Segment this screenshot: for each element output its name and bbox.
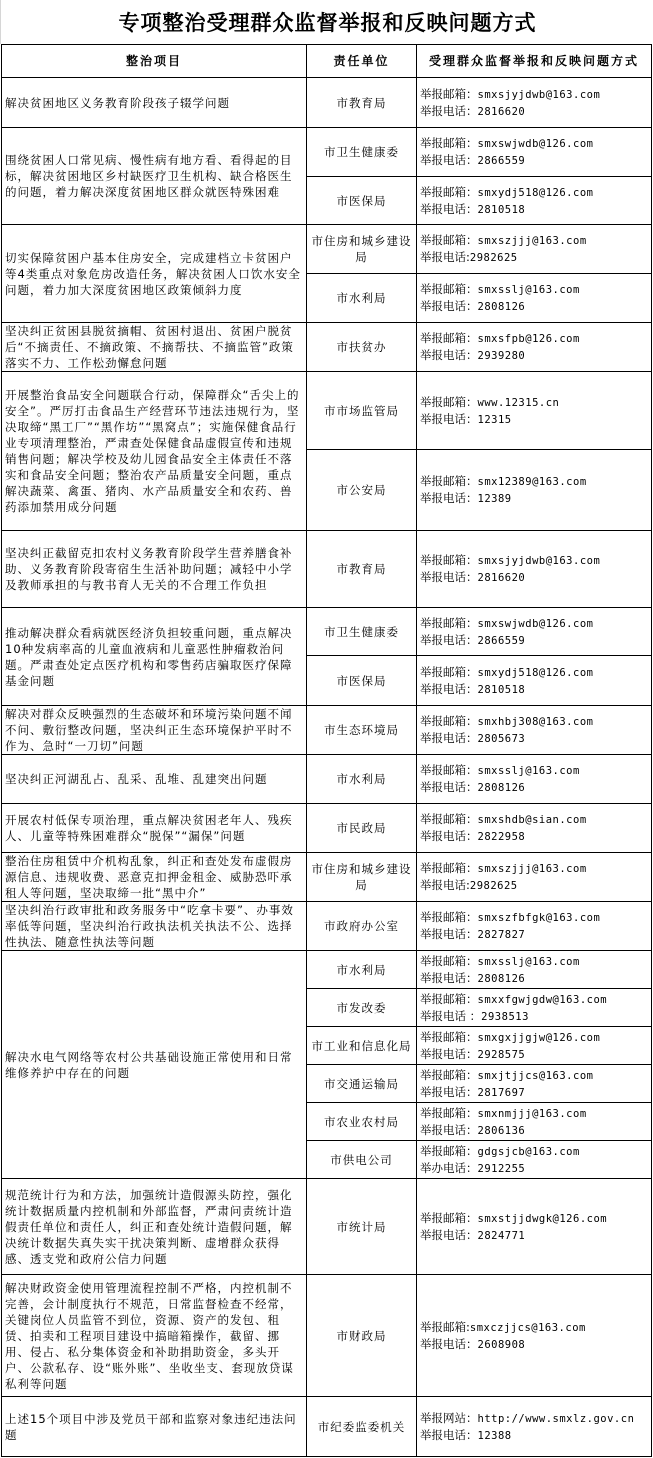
email-label: 举报邮箱： (420, 1144, 478, 1158)
responsible-unit: 市卫生健康委 (307, 128, 417, 177)
phone-value: 2912255 (478, 1163, 526, 1175)
phone-label: 举报电话： (420, 299, 478, 313)
contact-phone-line: 举报电话：2808126 (420, 970, 648, 987)
phone-value: 2817697 (478, 1087, 526, 1099)
responsible-unit: 市扶贫办 (307, 323, 417, 372)
phone-label: 举报电话： (420, 1047, 478, 1061)
responsible-unit: 市发改委 (307, 989, 417, 1027)
email-label: 举报邮箱： (420, 954, 478, 968)
phone-value: 2810518 (478, 204, 526, 216)
item-description: 解决贫困地区义务教育阶段孩子辍学问题 (2, 78, 307, 128)
header-item: 整治项目 (2, 45, 307, 78)
item-description: 坚决纠正河湖乱占、乱采、乱堆、乱建突出问题 (2, 755, 307, 804)
phone-value: 2866559 (478, 635, 526, 647)
phone-label: 举报电话： (420, 570, 478, 584)
email-label: 举报邮箱： (420, 395, 478, 409)
email-value[interactable]: smxjtjjcs@163.com (478, 1070, 594, 1082)
table-row: 坚决纠正截留克扣农村义务教育阶段学生营养膳食补助、义务教育阶段寄宿生生活补助问题… (2, 531, 652, 608)
contact-info: 举报邮箱:smxczjjcs@163.com举报电话：2608908 (417, 1275, 652, 1397)
table-row: 坚决纠正贫困县脱贫摘帽、贫困村退出、贫困户脱贫后“不摘责任、不摘政策、不摘帮扶、… (2, 323, 652, 372)
phone-value: 2808126 (478, 782, 526, 794)
table-row: 切实保障贫困户基本住房安全，完成建档立卡贫困户等4类重点对象危房改造任务，解决贫… (2, 225, 652, 274)
phone-value: 2806136 (478, 1125, 526, 1137)
phone-value: 2982625 (470, 880, 518, 892)
email-label: 举报邮箱： (420, 331, 478, 345)
contact-email-line: 举报邮箱：smxsjyjdwb@163.com (420, 86, 648, 103)
item-description: 开展整治食品安全问题联合行动，保障群众“舌尖上的安全”。严厉打击食品生产经营环节… (2, 372, 307, 531)
phone-label: 举报电话： (420, 780, 478, 794)
phone-label: 举报电话： (420, 927, 478, 941)
table-row: 坚决纠治行政审批和政务服务中“吃拿卡要”、办事效率低等问题，坚决纠治行政执法机关… (2, 902, 652, 951)
contact-info: 举报邮箱：smxydj518@126.com举报电话：2810518 (417, 656, 652, 706)
email-value[interactable]: smxsslj@163.com (478, 765, 580, 777)
email-label: 举报邮箱： (420, 1068, 478, 1082)
phone-label: 举报电话 ： (420, 1009, 481, 1023)
phone-label: 举报电话： (420, 1428, 478, 1442)
table-header-row: 整治项目 责任单位 受理群众监督举报和反映问题方式 (2, 45, 652, 78)
table-row: 规范统计行为和方法，加强统计造假源头防控，强化统计数据质量内控机制和外部监督，严… (2, 1179, 652, 1275)
phone-label: 举报电话： (420, 731, 478, 745)
responsible-unit: 市医保局 (307, 177, 417, 225)
phone-label: 举报电话： (420, 202, 478, 216)
table-row: 开展整治食品安全问题联合行动，保障群众“舌尖上的安全”。严厉打击食品生产经营环节… (2, 372, 652, 450)
header-unit: 责任单位 (307, 45, 417, 78)
title-area: 专项整治受理群众监督举报和反映问题方式 (0, 0, 653, 44)
email-label: 举报邮箱： (420, 665, 478, 679)
item-description: 切实保障贫困户基本住房安全，完成建档立卡贫困户等4类重点对象危房改造任务，解决贫… (2, 225, 307, 323)
item-description: 上述15个项目中涉及党员干部和监察对象违纪违法问题 (2, 1397, 307, 1457)
table-row: 围绕贫困人口常见病、慢性病有地方看、看得起的目标，解决贫困地区乡村缺医疗卫生机构… (2, 128, 652, 177)
contact-email-line: 举报邮箱：smxsslj@163.com (420, 762, 648, 779)
email-label: 举报邮箱： (420, 1106, 478, 1120)
item-description: 开展农村低保专项治理，重点解决贫困老年人、残疾人、儿童等特殊困难群众“脱保”“漏… (2, 804, 307, 853)
phone-value: 2810518 (478, 684, 526, 696)
contact-info: 举报邮箱：smxhbj308@163.com举报电话：2805673 (417, 706, 652, 755)
item-description: 坚决纠治行政审批和政务服务中“吃拿卡要”、办事效率低等问题，坚决纠治行政执法机关… (2, 902, 307, 951)
contact-info: 举报邮箱：smxszjjj@163.com举报电话:2982625 (417, 225, 652, 274)
contact-email-line: 举报邮箱：smxszfbfgk@163.com (420, 909, 648, 926)
email-value[interactable]: gdgsjcb@163.com (478, 1146, 580, 1158)
email-value[interactable]: smxswjwdb@126.com (478, 138, 594, 150)
email-value[interactable]: smxszjjj@163.com (478, 235, 587, 247)
responsible-unit: 市医保局 (307, 656, 417, 706)
contact-phone-line: 举报电话：2816620 (420, 569, 648, 586)
item-description: 解决财政资金使用管理流程控制不严格，内控机制不完善，会计制度执行不规范，日常监督… (2, 1275, 307, 1397)
contact-email-line: 举报邮箱：smxszjjj@163.com (420, 232, 648, 249)
phone-value: 2939280 (478, 350, 526, 362)
email-label: 举报邮箱： (420, 282, 478, 296)
contact-email-line: 举报邮箱：gdgsjcb@163.com (420, 1143, 648, 1160)
responsible-unit: 市交通运输局 (307, 1065, 417, 1103)
email-label: 举报邮箱： (420, 1211, 478, 1225)
email-value[interactable]: smxsslj@163.com (478, 284, 580, 296)
phone-value: 2827827 (478, 929, 526, 941)
phone-label: 举办电话： (420, 1161, 478, 1175)
responsible-unit: 市教育局 (307, 531, 417, 608)
contact-phone-line: 举报电话：2866559 (420, 632, 648, 649)
responsible-unit: 市统计局 (307, 1179, 417, 1275)
phone-value: 2866559 (478, 155, 526, 167)
item-description: 规范统计行为和方法，加强统计造假源头防控，强化统计数据质量内控机制和外部监督，严… (2, 1179, 307, 1275)
contact-phone-line: 举报电话：2816620 (420, 103, 648, 120)
contact-phone-line: 举报电话：2939280 (420, 347, 648, 364)
email-value[interactable]: http://www.smxlz.gov.cn (478, 1413, 635, 1425)
contact-info: 举报邮箱：smxstjjdwgk@126.com举报电话：2824771 (417, 1179, 652, 1275)
contact-email-line: 举报邮箱：smxydj518@126.com (420, 664, 648, 681)
phone-label: 举报电话： (420, 971, 478, 985)
phone-label: 举报电话： (420, 412, 478, 426)
email-label: 举报邮箱： (420, 714, 478, 728)
email-value[interactable]: smxhbj308@163.com (478, 716, 594, 728)
phone-value: 2928575 (478, 1049, 526, 1061)
contact-info: 举报邮箱：smxshdb@sian.com举报电话：2822958 (417, 804, 652, 853)
contact-phone-line: 举报电话:2982625 (420, 877, 648, 894)
contact-email-line: 举报邮箱：smxstjjdwgk@126.com (420, 1210, 648, 1227)
responsible-unit: 市工业和信息化局 (307, 1027, 417, 1065)
contact-email-line: 举报邮箱：smxsslj@163.com (420, 281, 648, 298)
phone-value: 2816620 (478, 572, 526, 584)
contact-email-line: 举报邮箱：smxhbj308@163.com (420, 713, 648, 730)
contact-email-line: 举报邮箱：smxydj518@126.com (420, 184, 648, 201)
contact-info: 举报邮箱：www.12315.cn举报电话：12315 (417, 372, 652, 450)
contact-phone-line: 举报电话：2817697 (420, 1084, 648, 1101)
email-value[interactable]: smxydj518@126.com (478, 667, 594, 679)
contact-info: 举报邮箱：smxswjwdb@126.com举报电话：2866559 (417, 608, 652, 656)
email-value[interactable]: smxszjjj@163.com (478, 863, 587, 875)
email-label: 举报邮箱： (420, 763, 478, 777)
item-description: 坚决纠正贫困县脱贫摘帽、贫困村退出、贫困户脱贫后“不摘责任、不摘政策、不摘帮扶、… (2, 323, 307, 372)
contact-info: 举报邮箱：smxszjjj@163.com举报电话:2982625 (417, 853, 652, 902)
table-body: 解决贫困地区义务教育阶段孩子辍学问题市教育局举报邮箱：smxsjyjdwb@16… (2, 78, 652, 1457)
contact-phone-line: 举报电话：2810518 (420, 201, 648, 218)
contact-email-line: 举报邮箱:smxczjjcs@163.com (420, 1319, 648, 1336)
contact-phone-line: 举报电话：2928575 (420, 1046, 648, 1063)
item-description: 坚决纠正截留克扣农村义务教育阶段学生营养膳食补助、义务教育阶段寄宿生生活补助问题… (2, 531, 307, 608)
contact-info: 举报邮箱：smxnmjjj@163.com举报电话：2806136 (417, 1103, 652, 1141)
phone-value: 2805673 (478, 733, 526, 745)
phone-value: 2824771 (478, 1230, 526, 1242)
phone-label: 举报电话： (420, 153, 478, 167)
contact-info: 举报邮箱：smxsjyjdwb@163.com举报电话：2816620 (417, 531, 652, 608)
contact-phone-line: 举报电话：2805673 (420, 730, 648, 747)
contact-phone-line: 举报电话：2806136 (420, 1122, 648, 1139)
contact-email-line: 举报邮箱：www.12315.cn (420, 394, 648, 411)
responsible-unit: 市水利局 (307, 755, 417, 804)
phone-label: 举报电话： (420, 491, 478, 505)
email-value[interactable]: smxnmjjj@163.com (478, 1108, 587, 1120)
contact-info: 举报网站：http://www.smxlz.gov.cn举报电话：12388 (417, 1397, 652, 1457)
contact-phone-line: 举报电话：2608908 (420, 1336, 648, 1353)
item-description: 围绕贫困人口常见病、慢性病有地方看、看得起的目标，解决贫困地区乡村缺医疗卫生机构… (2, 128, 307, 225)
email-value[interactable]: smxczjjcs@163.com (470, 1322, 586, 1334)
contact-info: 举报邮箱：smx12389@163.com举报电话：12389 (417, 450, 652, 531)
responsible-unit: 市卫生健康委 (307, 608, 417, 656)
responsible-unit: 市生态环境局 (307, 706, 417, 755)
contact-email-line: 举报邮箱：smxshdb@sian.com (420, 811, 648, 828)
contact-info: 举报邮箱：smxsslj@163.com举报电话：2808126 (417, 755, 652, 804)
contact-email-line: 举报邮箱：smxjtjjcs@163.com (420, 1067, 648, 1084)
contact-phone-line: 举报电话：2822958 (420, 828, 648, 845)
contact-phone-line: 举办电话：2912255 (420, 1160, 648, 1177)
responsible-unit: 市住房和城乡建设局 (307, 853, 417, 902)
email-label: 举报邮箱： (420, 861, 478, 875)
responsible-unit: 市住房和城乡建设局 (307, 225, 417, 274)
table-row: 坚决纠正河湖乱占、乱采、乱堆、乱建突出问题市水利局举报邮箱：smxsslj@16… (2, 755, 652, 804)
email-label: 举报网站： (420, 1411, 478, 1425)
item-description: 解决水电气网络等农村公共基础设施正常使用和日常维修养护中存在的问题 (2, 951, 307, 1179)
phone-value: 2982625 (470, 252, 518, 264)
email-label: 举报邮箱: (420, 1320, 470, 1334)
table-row: 开展农村低保专项治理，重点解决贫困老年人、残疾人、儿童等特殊困难群众“脱保”“漏… (2, 804, 652, 853)
email-value[interactable]: www.12315.cn (478, 397, 560, 409)
email-label: 举报邮箱： (420, 1030, 478, 1044)
responsible-unit: 市教育局 (307, 78, 417, 128)
contact-info: 举报邮箱：smxgxjjgjw@126.com举报电话：2928575 (417, 1027, 652, 1065)
contact-info: 举报邮箱：smxswjwdb@126.com举报电话：2866559 (417, 128, 652, 177)
item-description: 解决对群众反映强烈的生态破坏和环境污染问题不闻不问、敷衍整改问题，坚决纠正生态环… (2, 706, 307, 755)
email-value[interactable]: smxxfgwjgdw@163.com (478, 994, 608, 1006)
contact-email-line: 举报邮箱：smxgxjjgjw@126.com (420, 1029, 648, 1046)
page-title: 专项整治受理群众监督举报和反映问题方式 (1, 0, 653, 44)
email-value[interactable]: smxswjwdb@126.com (478, 618, 594, 630)
table-row: 推动解决群众看病就医经济负担较重问题，重点解决10种发病率高的儿童血液病和儿童恶… (2, 608, 652, 656)
email-label: 举报邮箱： (420, 474, 478, 488)
contact-phone-line: 举报电话：2827827 (420, 926, 648, 943)
contact-info: 举报邮箱：smxsfpb@126.com举报电话：2939280 (417, 323, 652, 372)
phone-value: 2816620 (478, 106, 526, 118)
email-value[interactable]: smx12389@163.com (478, 476, 587, 488)
email-label: 举报邮箱： (420, 812, 478, 826)
email-value[interactable]: smxszfbfgk@163.com (478, 912, 601, 924)
contact-phone-line: 举报电话:2982625 (420, 249, 648, 266)
email-label: 举报邮箱： (420, 87, 478, 101)
contact-email-line: 举报邮箱：smxswjwdb@126.com (420, 135, 648, 152)
table-row: 解决贫困地区义务教育阶段孩子辍学问题市教育局举报邮箱：smxsjyjdwb@16… (2, 78, 652, 128)
phone-value: 12388 (478, 1430, 512, 1442)
contact-phone-line: 举报电话：2808126 (420, 298, 648, 315)
email-value[interactable]: smxsfpb@126.com (478, 333, 580, 345)
contact-phone-line: 举报电话：2866559 (420, 152, 648, 169)
responsible-unit: 市水利局 (307, 951, 417, 989)
contact-phone-line: 举报电话：2810518 (420, 681, 648, 698)
phone-value: 2822958 (478, 831, 526, 843)
supervision-table: 整治项目 责任单位 受理群众监督举报和反映问题方式 解决贫困地区义务教育阶段孩子… (1, 44, 652, 1457)
responsible-unit: 市水利局 (307, 274, 417, 323)
responsible-unit: 市民政局 (307, 804, 417, 853)
contact-info: 举报邮箱：gdgsjcb@163.com举办电话：2912255 (417, 1141, 652, 1179)
contact-email-line: 举报邮箱：smxswjwdb@126.com (420, 615, 648, 632)
email-label: 举报邮箱： (420, 233, 478, 247)
contact-email-line: 举报邮箱：smxsfpb@126.com (420, 330, 648, 347)
email-label: 举报邮箱： (420, 992, 478, 1006)
phone-value: 2938513 (481, 1011, 529, 1023)
email-label: 举报邮箱： (420, 910, 478, 924)
phone-label: 举报电话： (420, 633, 478, 647)
phone-label: 举报电话： (420, 1123, 478, 1137)
phone-label: 举报电话： (420, 1228, 478, 1242)
responsible-unit: 市供电公司 (307, 1141, 417, 1179)
header-contact: 受理群众监督举报和反映问题方式 (417, 45, 652, 78)
responsible-unit: 市公安局 (307, 450, 417, 531)
email-value[interactable]: smxgxjjgjw@126.com (478, 1032, 601, 1044)
responsible-unit: 市财政局 (307, 1275, 417, 1397)
responsible-unit: 市政府办公室 (307, 902, 417, 951)
phone-value: 2608908 (478, 1339, 526, 1351)
email-value[interactable]: smxsjyjdwb@163.com (478, 555, 601, 567)
item-description: 整治住房租赁中介机构乱象，纠正和查处发布虚假房源信息、违规收费、恶意克扣押金租金… (2, 853, 307, 902)
contact-info: 举报邮箱：smxszfbfgk@163.com举报电话：2827827 (417, 902, 652, 951)
email-value[interactable]: smxstjjdwgk@126.com (478, 1213, 608, 1225)
contact-email-line: 举报邮箱：smxxfgwjgdw@163.com (420, 991, 648, 1008)
email-label: 举报邮箱： (420, 136, 478, 150)
responsible-unit: 市市场监管局 (307, 372, 417, 450)
phone-label: 举报电话: (420, 878, 470, 892)
email-label: 举报邮箱： (420, 185, 478, 199)
email-value[interactable]: smxsjyjdwb@163.com (478, 89, 601, 101)
phone-value: 12315 (478, 414, 512, 426)
responsible-unit: 市农业农村局 (307, 1103, 417, 1141)
contact-info: 举报邮箱：smxxfgwjgdw@163.com举报电话 ：2938513 (417, 989, 652, 1027)
contact-phone-line: 举报电话：12388 (420, 1427, 648, 1444)
table-row: 解决财政资金使用管理流程控制不严格，内控机制不完善，会计制度执行不规范，日常监督… (2, 1275, 652, 1397)
table-row: 解决对群众反映强烈的生态破坏和环境污染问题不闻不问、敷衍整改问题，坚决纠正生态环… (2, 706, 652, 755)
phone-label: 举报电话： (420, 1337, 478, 1351)
item-description: 推动解决群众看病就医经济负担较重问题，重点解决10种发病率高的儿童血液病和儿童恶… (2, 608, 307, 706)
email-label: 举报邮箱： (420, 616, 478, 630)
phone-value: 2808126 (478, 301, 526, 313)
contact-email-line: 举报邮箱：smxnmjjj@163.com (420, 1105, 648, 1122)
contact-info: 举报邮箱：smxydj518@126.com举报电话：2810518 (417, 177, 652, 225)
phone-value: 12389 (478, 493, 512, 505)
contact-phone-line: 举报电话：2824771 (420, 1227, 648, 1244)
contact-phone-line: 举报电话：12389 (420, 490, 648, 507)
contact-email-line: 举报邮箱：smxsslj@163.com (420, 953, 648, 970)
contact-info: 举报邮箱：smxjtjjcs@163.com举报电话：2817697 (417, 1065, 652, 1103)
contact-info: 举报邮箱：smxsslj@163.com举报电话：2808126 (417, 274, 652, 323)
contact-info: 举报邮箱：smxsslj@163.com举报电话：2808126 (417, 951, 652, 989)
responsible-unit: 市纪委监委机关 (307, 1397, 417, 1457)
contact-phone-line: 举报电话 ：2938513 (420, 1008, 648, 1025)
contact-email-line: 举报网站：http://www.smxlz.gov.cn (420, 1410, 648, 1427)
phone-label: 举报电话： (420, 348, 478, 362)
table-row: 解决水电气网络等农村公共基础设施正常使用和日常维修养护中存在的问题市水利局举报邮… (2, 951, 652, 989)
email-value[interactable]: smxshdb@sian.com (478, 814, 587, 826)
phone-label: 举报电话: (420, 250, 470, 264)
phone-label: 举报电话： (420, 682, 478, 696)
email-value[interactable]: smxsslj@163.com (478, 956, 580, 968)
email-value[interactable]: smxydj518@126.com (478, 187, 594, 199)
email-label: 举报邮箱： (420, 553, 478, 567)
phone-value: 2808126 (478, 973, 526, 985)
phone-label: 举报电话： (420, 104, 478, 118)
table-row: 上述15个项目中涉及党员干部和监察对象违纪违法问题市纪委监委机关举报网站：htt… (2, 1397, 652, 1457)
contact-phone-line: 举报电话：12315 (420, 411, 648, 428)
phone-label: 举报电话： (420, 829, 478, 843)
contact-info: 举报邮箱：smxsjyjdwb@163.com举报电话：2816620 (417, 78, 652, 128)
contact-email-line: 举报邮箱：smxsjyjdwb@163.com (420, 552, 648, 569)
contact-email-line: 举报邮箱：smxszjjj@163.com (420, 860, 648, 877)
contact-email-line: 举报邮箱：smx12389@163.com (420, 473, 648, 490)
contact-phone-line: 举报电话：2808126 (420, 779, 648, 796)
phone-label: 举报电话： (420, 1085, 478, 1099)
table-row: 整治住房租赁中介机构乱象，纠正和查处发布虚假房源信息、违规收费、恶意克扣押金租金… (2, 853, 652, 902)
